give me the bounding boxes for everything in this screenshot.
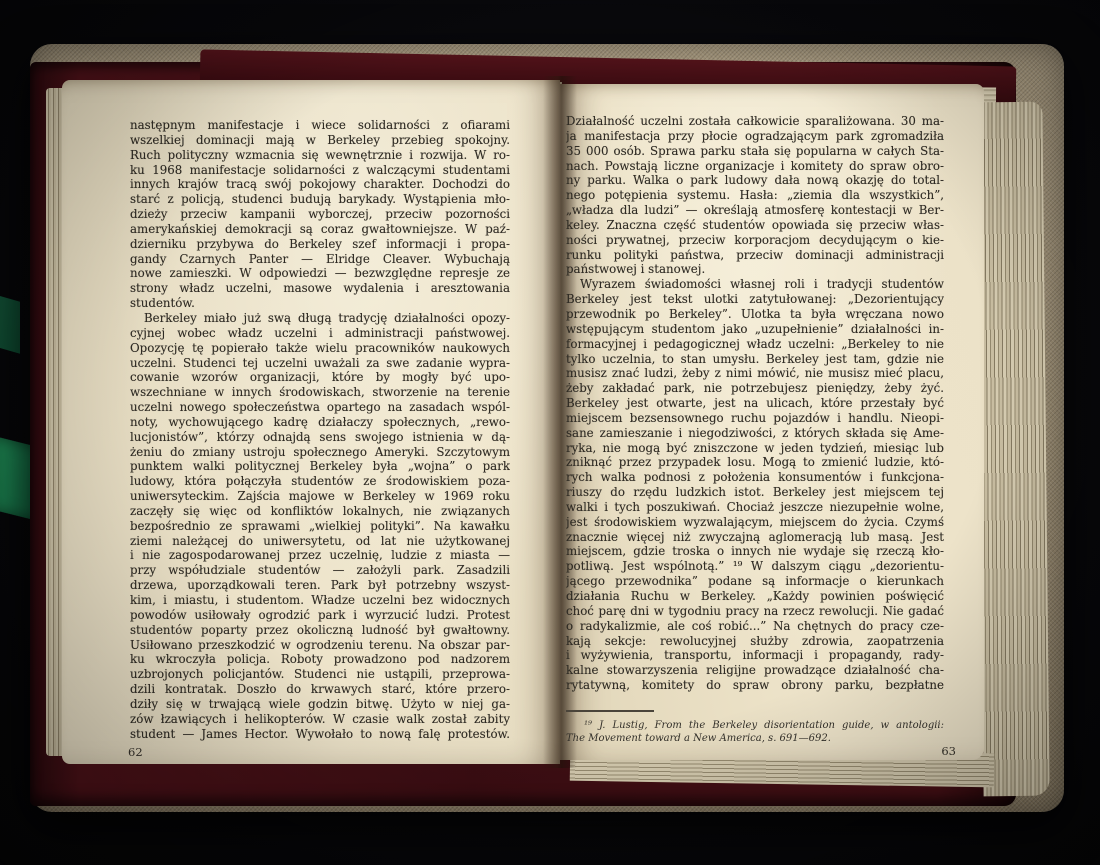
text-line: przy współudziale studentów — założyli p… [130, 563, 510, 578]
text-line: rytatywną, komitety do spraw obrony park… [566, 678, 944, 693]
text-line: miejscem, gdzie troska o innych nie wyda… [566, 544, 944, 559]
paragraph: Wyrazem świadomości własnej roli i trady… [566, 277, 944, 693]
text-line: ludowy, która połączyła studentów ze śro… [130, 474, 510, 489]
text-line: powodów usiłowały ogrodzić park i wyrzuc… [130, 608, 510, 623]
text-line: przewodnik po Berkeley”. Ulotka ta była … [566, 307, 944, 322]
text-line: lucjonistów”, którzy odnajdą sens swojeg… [130, 430, 510, 445]
text-line: keley. Znaczna część studentów opowiada … [566, 218, 944, 233]
paragraph: Działalność uczelni została całkowicie s… [566, 114, 944, 277]
text-line: uzbrojonych policjantów. Studenci nie us… [130, 667, 510, 682]
paragraph: następnym manifestacje i wiece solidarno… [130, 118, 510, 311]
text-line: walki i tych poszukiwań. Chociaż jeszcze… [566, 500, 944, 515]
text-line: nach. Powstają liczne organizacje i komi… [566, 159, 944, 174]
footnote: ¹⁹ J. Lustig, From the Berkeley disorien… [566, 710, 944, 745]
text-line: Działalność uczelni została całkowicie s… [566, 114, 944, 129]
text-line: miejscem bezsensownego ruchu pojazdów i … [566, 411, 944, 426]
footnote-line: The Movement toward a New America, s. 69… [566, 732, 944, 745]
text-line: zaczęły się więc od konfliktów lokalnych… [130, 504, 510, 519]
text-line: dzierniku przybywa do Berkeley szef info… [130, 237, 510, 252]
text-line: następnym manifestacje i wiece solidarno… [130, 118, 510, 133]
text-line: ryka, nie mogą być zniszczone w jeden ty… [566, 441, 944, 456]
text-line: dzili kontratak. Doszło do krwawych star… [130, 682, 510, 697]
text-line: cowanie wzorów organizacji, które by mog… [130, 370, 510, 385]
text-line: ny parku. Walka o park ludowy dała nową … [566, 173, 944, 188]
text-line: ziemi należącej do uniwersytetu, od lat … [130, 534, 510, 549]
text-line: Berkeley miało już swą długą tradycję dz… [130, 311, 510, 326]
text-line: znacznie więcej niż zwyczajną aglomeracj… [566, 530, 944, 545]
text-line: noty, wychowującego kadrę działaczy społ… [130, 415, 510, 430]
text-line: innych krajów tracą swój pokojowy charak… [130, 177, 510, 192]
text-line: wszelkiej dominacji mają w Berkeley prze… [130, 133, 510, 148]
text-line: Ruch polityczny wzmacnia się wewnętrznie… [130, 148, 510, 163]
text-line: ku 1968 manifestacje solidarności z walc… [130, 163, 510, 178]
text-line: uniwersyteckim. Zajścia majowe w Berkele… [130, 489, 510, 504]
footnote-text: ¹⁹ J. Lustig, From the Berkeley disorien… [566, 719, 944, 745]
text-line: żeby zakładać park, nie potrzebujesz pie… [566, 381, 944, 396]
page-edges-left [46, 88, 62, 756]
left-page-text: następnym manifestacje i wiece solidarno… [130, 118, 510, 741]
book-photo: następnym manifestacje i wiece solidarno… [0, 0, 1100, 865]
text-line: żeniu do zmiany ustroju społecznego Amer… [130, 445, 510, 460]
text-line: studentów. [130, 296, 510, 311]
text-line: Berkeley jest tekst ulotki zatytułowanej… [566, 292, 944, 307]
right-page-text: Działalność uczelni została całkowicie s… [566, 114, 944, 693]
text-line: wstępującym studentom jako „uzupełnienie… [566, 322, 944, 337]
text-line: nowe zamieszki. W odpowiedzi — bezwzględ… [130, 266, 510, 281]
text-line: drzewa, uporządkowali teren. Park był po… [130, 578, 510, 593]
text-line: uczelni nowego społeczeństwa opartego na… [130, 400, 510, 415]
text-line: rych walka podnosi z położenia konsument… [566, 470, 944, 485]
text-line: bezpośrednio ze sprawami „wielkiej polit… [130, 519, 510, 534]
text-line: o radykalizmie, ale coś robić...” Na chę… [566, 619, 944, 634]
text-line: formacyjnej i pedagogicznej władz uczeln… [566, 337, 944, 352]
text-line: 35 000 osób. Sprawa parku stała się popu… [566, 144, 944, 159]
text-line: punktem walki politycznej Berkeley była … [130, 459, 510, 474]
text-line: państwowej i stanowej. [566, 262, 944, 277]
text-line: zów łzawiących i helikopterów. W czasie … [130, 712, 510, 727]
text-line: jest środowiskiem wyzwalającym, miejscem… [566, 515, 944, 530]
text-line: kim, i miastu, i studentom. Władze uczel… [130, 593, 510, 608]
text-line: Berkeley jest otwarte, jest na ulicach, … [566, 396, 944, 411]
text-line: amerykańskiej demokracji są coraz gwałto… [130, 222, 510, 237]
text-line: musisz znać ludzi, żeby z nimi mówić, ni… [566, 366, 944, 381]
text-line: kają sekcje: rewolucyjnej służby zdrowia… [566, 634, 944, 649]
page-number-left: 62 [128, 745, 143, 759]
footnote-rule [566, 710, 654, 712]
text-line: studentów poparty przez okoliczną ludnoś… [130, 623, 510, 638]
text-line: dzieży przeciw kampanii wyborczej, przec… [130, 207, 510, 222]
page-number-right: 63 [926, 744, 956, 758]
text-line: potliwą. Jest wspólnotą.” ¹⁹ W dalszym c… [566, 559, 944, 574]
text-line: Usiłowano przeszkodzić w ogrodzeniu tere… [130, 638, 510, 653]
footnote-line: ¹⁹ J. Lustig, From the Berkeley disorien… [566, 719, 944, 732]
text-line: kalne stowarzyszenia religijne prowadząc… [566, 663, 944, 678]
background-fabric-stripe-small [0, 294, 20, 353]
text-line: ja manifestacja przy płocie ogradzającym… [566, 129, 944, 144]
text-line: starć z policją, studenci budują barykad… [130, 192, 510, 207]
text-line: riuszy do rzędu ludzkich istot. Berkeley… [566, 485, 944, 500]
text-line: dziły się w trwającą wiele godzin bitwę.… [130, 697, 510, 712]
text-line: jącego przewodnika” podane są informacje… [566, 574, 944, 589]
text-line: i nie zagospodarowanej przez uczelnię, l… [130, 548, 510, 563]
text-line: tylko uczelnia, to stan umysłu. Berkeley… [566, 352, 944, 367]
text-line: Opozycję tę popierało także wielu pracow… [130, 341, 510, 356]
text-line: cyjnej wobec władz uczelni i administrac… [130, 326, 510, 341]
text-line: wszechniane w innych środowiskach, stwor… [130, 385, 510, 400]
text-line: i wyżywienia, transportu, informacji i p… [566, 648, 944, 663]
text-line: student — James Hector. Wywołało to nową… [130, 727, 510, 742]
page-edges-right [976, 102, 1049, 797]
text-line: ku wkroczyła policja. Roboty prowadzono … [130, 652, 510, 667]
text-line: uczelni. Studenci tej uczelni uważali za… [130, 356, 510, 371]
text-line: ności prywatnej, przeciw korporacjom dec… [566, 233, 944, 248]
text-line: nego potępienia systemu. Hasła: „ziemia … [566, 188, 944, 203]
text-line: „władza dla ludzi” — określają atmosferę… [566, 203, 944, 218]
paragraph: Berkeley miało już swą długą tradycję dz… [130, 311, 510, 741]
text-line: działania Ruchu w Berkeley. „Każdy powin… [566, 589, 944, 604]
text-line: runku polityki państwa, przeciw dominacj… [566, 248, 944, 263]
text-line: choć parę dni w tygodniu pracy na rzecz … [566, 604, 944, 619]
text-line: sane zamieszanie i niegodziwości, z któr… [566, 426, 944, 441]
text-line: gandy Czarnych Panter — Elridge Cleaver.… [130, 252, 510, 267]
text-line: Wyrazem świadomości własnej roli i trady… [566, 277, 944, 292]
text-line: zniknąć przez przypadek losu. Mogą to zm… [566, 455, 944, 470]
text-line: strony władz uczelni, masowe wydalenia i… [130, 281, 510, 296]
